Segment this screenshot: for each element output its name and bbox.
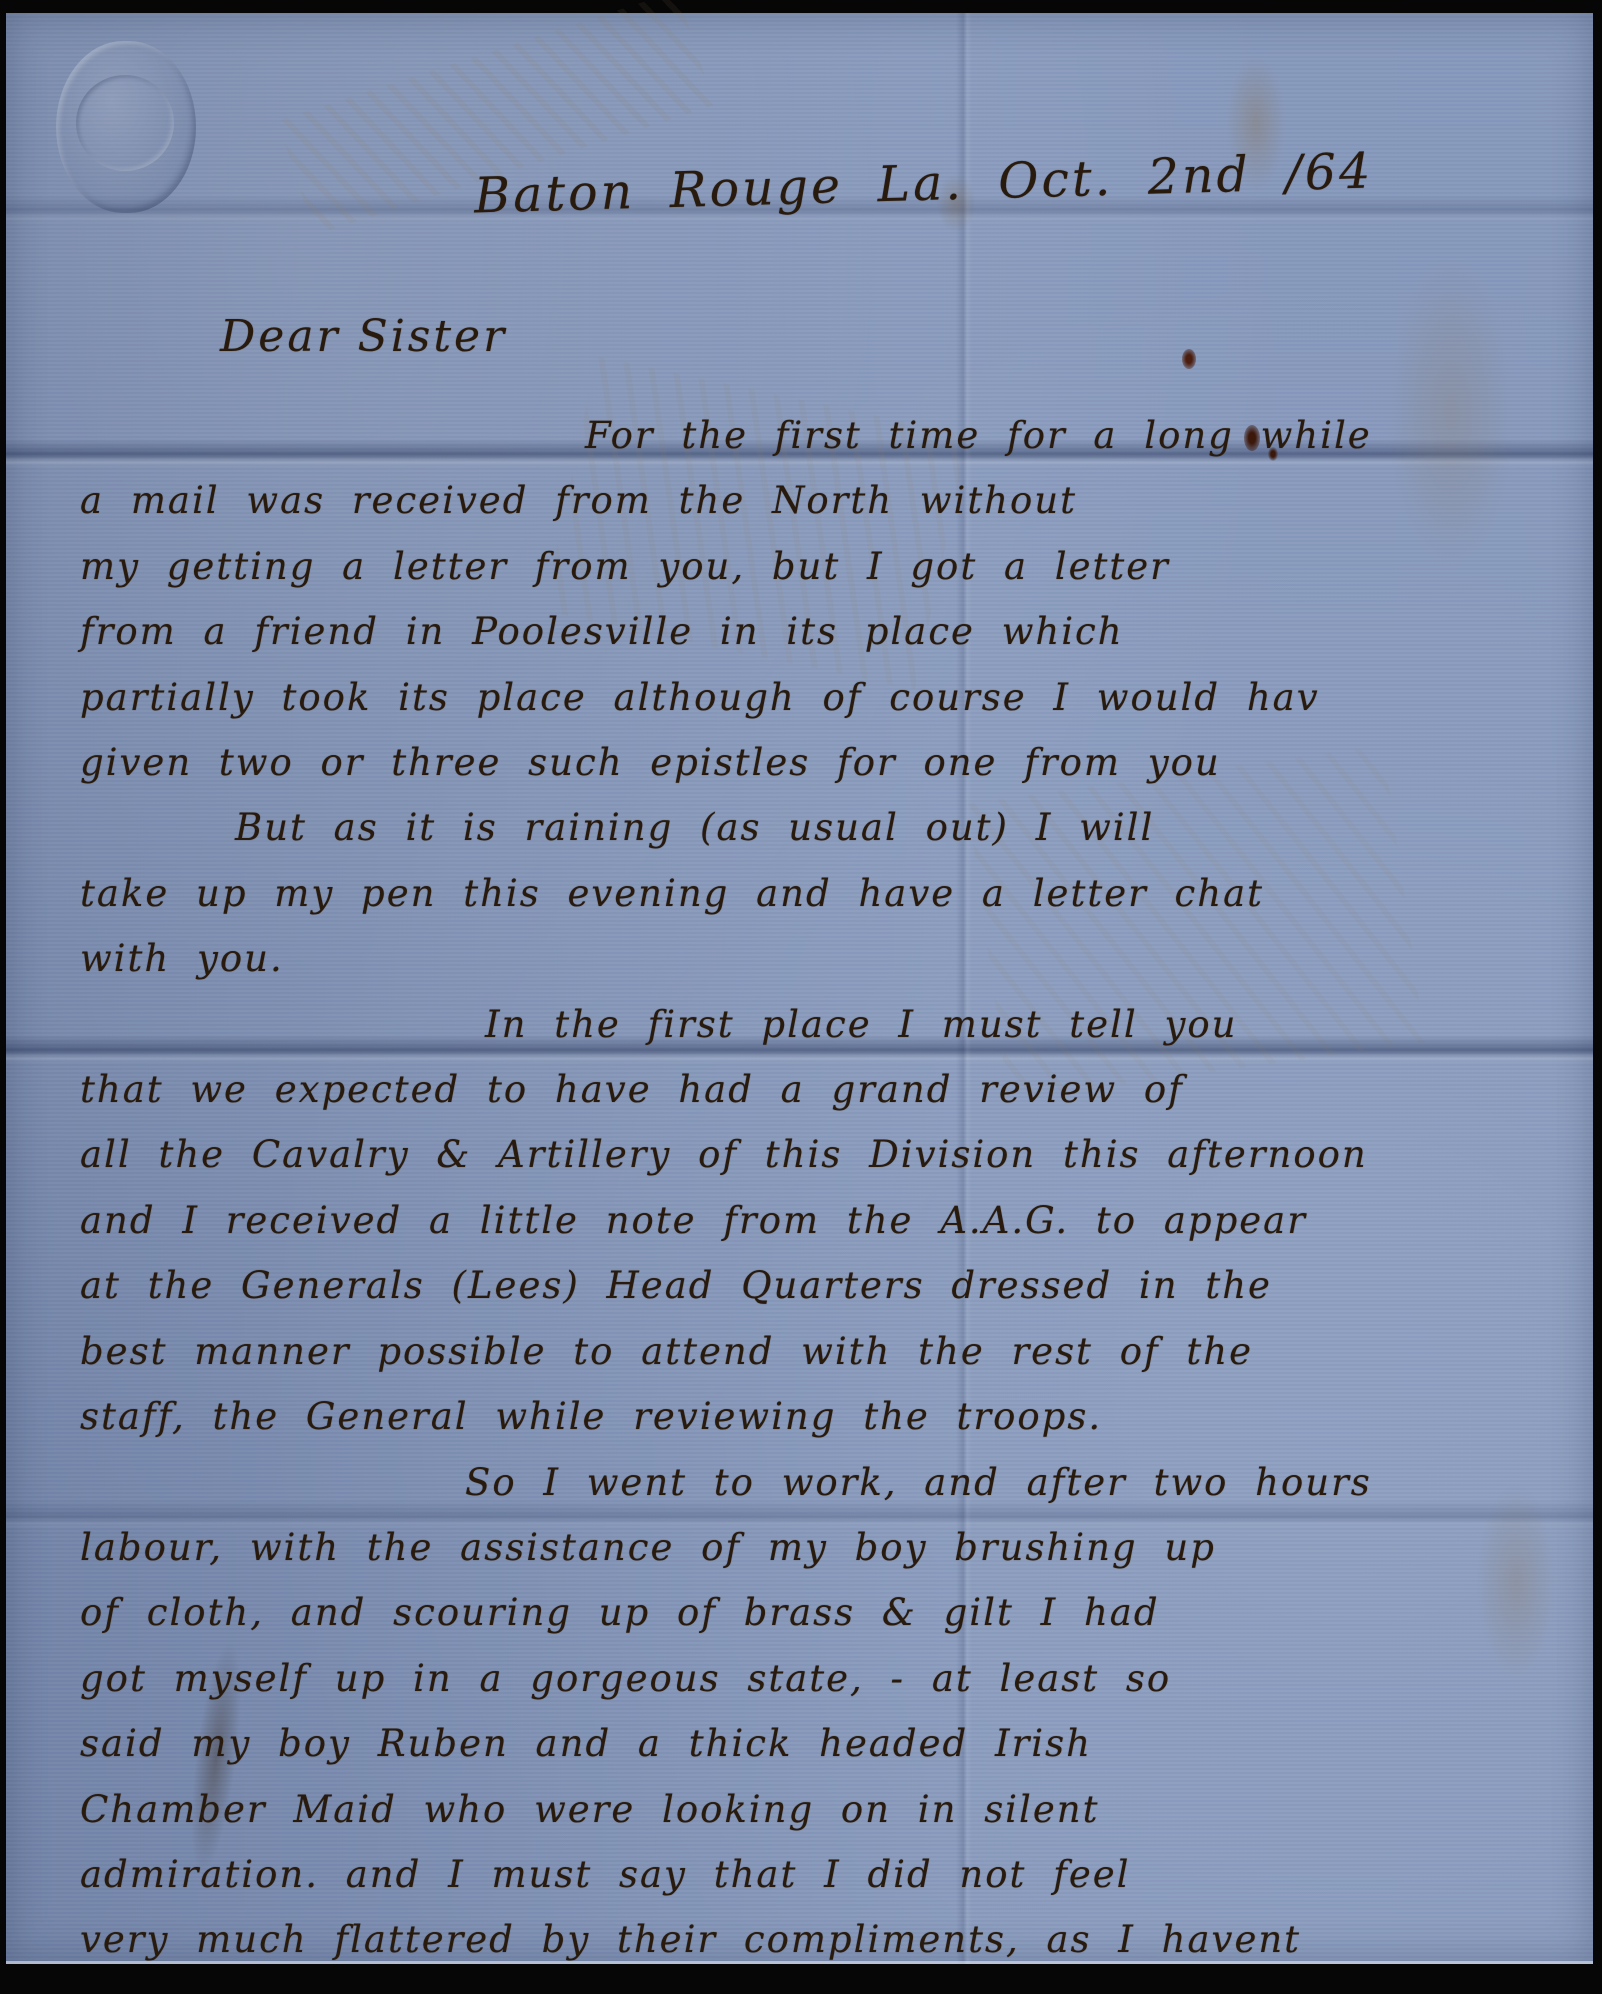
handwritten-line-18: labour, with the assistance of my boy br…: [80, 1515, 1535, 1580]
salutation: Dear Sister: [220, 311, 507, 362]
handwritten-line-12: all the Cavalry & Artillery of this Divi…: [80, 1122, 1535, 1187]
handwritten-line-3: my getting a letter from you, but I got …: [80, 534, 1535, 599]
letter-paper: Baton Rouge La. Oct. 2nd /64 Dear Sister…: [6, 13, 1593, 1964]
handwritten-line-7: But as it is raining (as usual out) I wi…: [80, 795, 1535, 860]
handwritten-line-22: Chamber Maid who were looking on in sile…: [80, 1777, 1535, 1842]
letter-body: For the first time for a long while a ma…: [80, 403, 1535, 1973]
handwritten-line-4: from a friend in Poolesville in its plac…: [80, 599, 1535, 664]
handwritten-line-11: that we expected to have had a grand rev…: [80, 1057, 1535, 1122]
dateline: Baton Rouge La. Oct. 2nd /64: [473, 142, 1374, 224]
embossed-crest-inner-oval: [76, 75, 174, 171]
handwritten-line-2: a mail was received from the North witho…: [80, 468, 1535, 533]
handwritten-line-19: of cloth, and scouring up of brass & gil…: [80, 1580, 1535, 1645]
handwritten-line-15: best manner possible to attend with the …: [80, 1319, 1535, 1384]
handwritten-line-24: very much flattered by their compliments…: [80, 1907, 1535, 1972]
handwritten-line-8: take up my pen this evening and have a l…: [80, 861, 1535, 926]
handwritten-line-23: admiration. and I must say that I did no…: [80, 1842, 1535, 1907]
embossed-crest-stamp-icon: [56, 41, 196, 213]
handwritten-line-21: said my boy Ruben and a thick headed Iri…: [80, 1711, 1535, 1776]
handwritten-line-20: got myself up in a gorgeous state, - at …: [80, 1646, 1535, 1711]
handwritten-line-14: at the Generals (Lees) Head Quarters dre…: [80, 1253, 1535, 1318]
handwritten-line-13: and I received a little note from the A.…: [80, 1188, 1535, 1253]
handwritten-line-6: given two or three such epistles for one…: [80, 730, 1535, 795]
scanned-letter: Baton Rouge La. Oct. 2nd /64 Dear Sister…: [0, 0, 1602, 1994]
handwritten-line-10: In the first place I must tell you: [80, 992, 1535, 1057]
handwritten-line-5: partially took its place although of cou…: [80, 665, 1535, 730]
handwritten-line-1: For the first time for a long while: [80, 403, 1535, 468]
handwritten-line-17: So I went to work, and after two hours: [80, 1450, 1535, 1515]
ink-blot: [1182, 349, 1196, 369]
handwritten-line-16: staff, the General while reviewing the t…: [80, 1384, 1535, 1449]
handwritten-line-9: with you.: [80, 926, 1535, 991]
